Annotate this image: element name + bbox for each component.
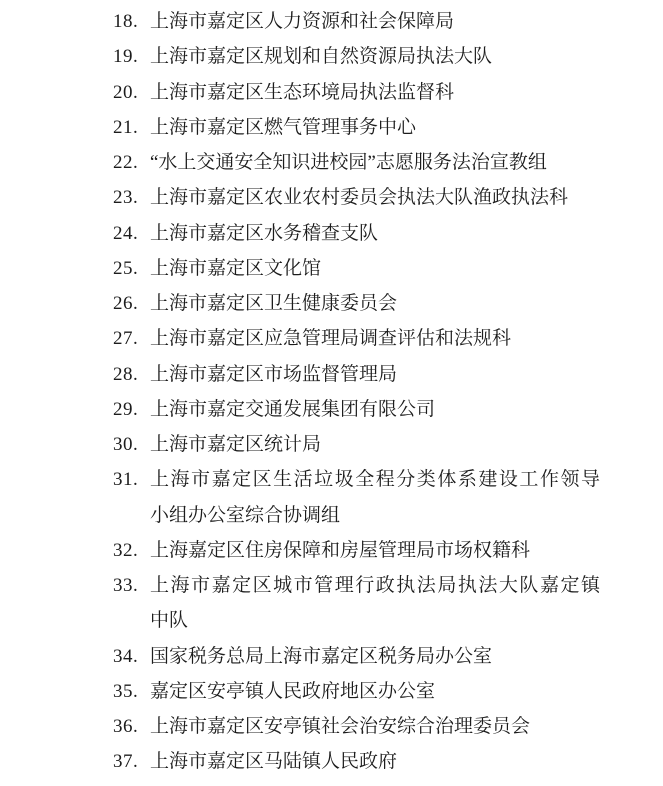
list-item-line: 上海市嘉定区水务稽查支队 — [150, 216, 600, 251]
list-item-number: 20. — [113, 75, 150, 110]
list-item-number: 29. — [113, 392, 150, 427]
list-item: 30. 上海市嘉定区统计局 — [113, 427, 603, 462]
list-item-number: 18. — [113, 4, 150, 39]
list-item-line: 中队 — [150, 603, 600, 638]
list-item-text: 上海市嘉定区文化馆 — [150, 251, 600, 286]
list-item-text: 上海市嘉定区应急管理局调查评估和法规科 — [150, 321, 600, 356]
list-item-number: 19. — [113, 39, 150, 74]
list-item-number: 26. — [113, 286, 150, 321]
list-item-line: 上海市嘉定区文化馆 — [150, 251, 600, 286]
list-item: 31. 上海市嘉定区生活垃圾全程分类体系建设工作领导小组办公室综合协调组 — [113, 462, 603, 533]
list-item: 36. 上海市嘉定区安亭镇社会治安综合治理委员会 — [113, 709, 603, 744]
list-item-line: 小组办公室综合协调组 — [150, 498, 600, 533]
list-item-text: 上海市嘉定区人力资源和社会保障局 — [150, 4, 600, 39]
list-item-text: 上海市嘉定区生活垃圾全程分类体系建设工作领导小组办公室综合协调组 — [150, 462, 600, 533]
list-item: 21. 上海市嘉定区燃气管理事务中心 — [113, 110, 603, 145]
list-item-text: 国家税务总局上海市嘉定区税务局办公室 — [150, 639, 600, 674]
list-item: 25. 上海市嘉定区文化馆 — [113, 251, 603, 286]
list-item: 28. 上海市嘉定区市场监督管理局 — [113, 357, 603, 392]
list-item-line: 嘉定区安亭镇人民政府地区办公室 — [150, 674, 600, 709]
list-item: 19. 上海市嘉定区规划和自然资源局执法大队 — [113, 39, 603, 74]
list-item-line: 上海市嘉定区城市管理行政执法局执法大队嘉定镇 — [150, 568, 600, 603]
list-item-line: 上海市嘉定区市场监督管理局 — [150, 357, 600, 392]
list-item-text: 上海市嘉定区安亭镇社会治安综合治理委员会 — [150, 709, 600, 744]
list-item: 27. 上海市嘉定区应急管理局调查评估和法规科 — [113, 321, 603, 356]
list-item-text: 嘉定区安亭镇人民政府地区办公室 — [150, 674, 600, 709]
list-item-line: 上海市嘉定区生态环境局执法监督科 — [150, 75, 600, 110]
list-item-number: 27. — [113, 321, 150, 356]
list-item-line: 上海市嘉定区农业农村委员会执法大队渔政执法科 — [150, 180, 600, 215]
list-item: 22. “水上交通安全知识进校园”志愿服务法治宣教组 — [113, 145, 603, 180]
list-item-line: 上海市嘉定区马陆镇人民政府 — [150, 744, 600, 779]
list-item-number: 25. — [113, 251, 150, 286]
list-item-text: “水上交通安全知识进校园”志愿服务法治宣教组 — [150, 145, 600, 180]
list-item: 26. 上海市嘉定区卫生健康委员会 — [113, 286, 603, 321]
list-item-number: 35. — [113, 674, 150, 709]
list-item-text: 上海市嘉定区统计局 — [150, 427, 600, 462]
list-item-line: 上海市嘉定区规划和自然资源局执法大队 — [150, 39, 600, 74]
list-item: 20. 上海市嘉定区生态环境局执法监督科 — [113, 75, 603, 110]
list-item: 33. 上海市嘉定区城市管理行政执法局执法大队嘉定镇中队 — [113, 568, 603, 639]
list-item: 37. 上海市嘉定区马陆镇人民政府 — [113, 744, 603, 779]
list-item-number: 34. — [113, 639, 150, 674]
list-item-line: 上海市嘉定区应急管理局调查评估和法规科 — [150, 321, 600, 356]
list-item-number: 24. — [113, 216, 150, 251]
list-item-text: 上海市嘉定区城市管理行政执法局执法大队嘉定镇中队 — [150, 568, 600, 639]
list-item: 18. 上海市嘉定区人力资源和社会保障局 — [113, 4, 603, 39]
list-item-text: 上海市嘉定区卫生健康委员会 — [150, 286, 600, 321]
list-item: 24. 上海市嘉定区水务稽查支队 — [113, 216, 603, 251]
document-page: 18. 上海市嘉定区人力资源和社会保障局 19. 上海市嘉定区规划和自然资源局执… — [0, 0, 663, 786]
list-item: 23. 上海市嘉定区农业农村委员会执法大队渔政执法科 — [113, 180, 603, 215]
list-item-text: 上海嘉定区住房保障和房屋管理局市场权籍科 — [150, 533, 600, 568]
list-item-number: 33. — [113, 568, 150, 603]
list-item-text: 上海市嘉定区燃气管理事务中心 — [150, 110, 600, 145]
list-item-text: 上海市嘉定区农业农村委员会执法大队渔政执法科 — [150, 180, 600, 215]
list-item-line: 上海市嘉定区生活垃圾全程分类体系建设工作领导 — [150, 462, 600, 497]
list-item-text: 上海市嘉定交通发展集团有限公司 — [150, 392, 600, 427]
list-item-text: 上海市嘉定区生态环境局执法监督科 — [150, 75, 600, 110]
list-item-line: 上海市嘉定区卫生健康委员会 — [150, 286, 600, 321]
list-item-number: 21. — [113, 110, 150, 145]
list-item-line: 国家税务总局上海市嘉定区税务局办公室 — [150, 639, 600, 674]
list-item-line: 上海嘉定区住房保障和房屋管理局市场权籍科 — [150, 533, 600, 568]
list-item-line: 上海市嘉定区人力资源和社会保障局 — [150, 4, 600, 39]
list-item-text: 上海市嘉定区市场监督管理局 — [150, 357, 600, 392]
list-item: 34. 国家税务总局上海市嘉定区税务局办公室 — [113, 639, 603, 674]
list-item-number: 31. — [113, 462, 150, 497]
list-item-line: “水上交通安全知识进校园”志愿服务法治宣教组 — [150, 145, 600, 180]
list-item-number: 30. — [113, 427, 150, 462]
list-item: 35. 嘉定区安亭镇人民政府地区办公室 — [113, 674, 603, 709]
numbered-list: 18. 上海市嘉定区人力资源和社会保障局 19. 上海市嘉定区规划和自然资源局执… — [113, 4, 603, 780]
list-item-line: 上海市嘉定交通发展集团有限公司 — [150, 392, 600, 427]
list-item: 29. 上海市嘉定交通发展集团有限公司 — [113, 392, 603, 427]
list-item-line: 上海市嘉定区统计局 — [150, 427, 600, 462]
list-item-line: 上海市嘉定区安亭镇社会治安综合治理委员会 — [150, 709, 600, 744]
list-item-number: 36. — [113, 709, 150, 744]
list-item-number: 23. — [113, 180, 150, 215]
list-item-text: 上海市嘉定区马陆镇人民政府 — [150, 744, 600, 779]
list-item-text: 上海市嘉定区规划和自然资源局执法大队 — [150, 39, 600, 74]
list-item-line: 上海市嘉定区燃气管理事务中心 — [150, 110, 600, 145]
list-item-number: 28. — [113, 357, 150, 392]
list-item-number: 37. — [113, 744, 150, 779]
list-item-text: 上海市嘉定区水务稽查支队 — [150, 216, 600, 251]
list-item: 32. 上海嘉定区住房保障和房屋管理局市场权籍科 — [113, 533, 603, 568]
list-item-number: 22. — [113, 145, 150, 180]
list-item-number: 32. — [113, 533, 150, 568]
